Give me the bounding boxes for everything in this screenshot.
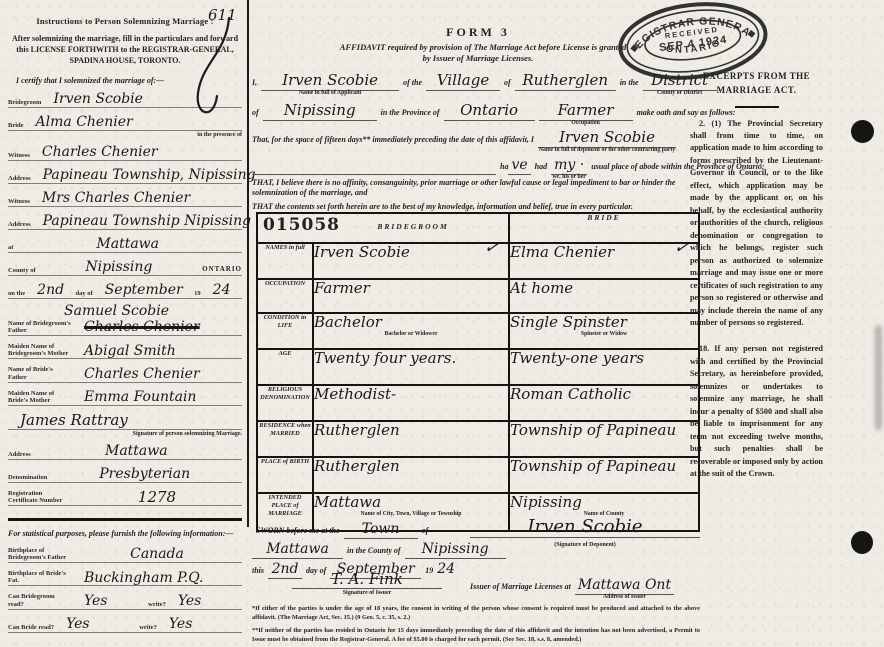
handwritten-value: Yes — [166, 594, 242, 609]
table-row-birthplace: PLACE of BIRTH Rutherglen Township of Pa… — [257, 457, 699, 493]
row-label: OCCUPATION — [257, 279, 313, 313]
excerpts-panel: EXCERPTS FROM THE MARRIAGE ACT. 2. (1) T… — [690, 70, 823, 481]
handwritten-value: Twenty-one years — [510, 349, 644, 367]
that-clause-3: THAT the contents set forth herein are t… — [252, 202, 704, 212]
blank-place: Mattawa — [252, 540, 343, 559]
handwritten-value: Nipissing — [510, 493, 582, 511]
issuer-signature: T. A. Fink — [292, 572, 442, 589]
punch-hole-top — [851, 120, 874, 143]
handwritten-value: Rutherglen — [314, 421, 400, 439]
statistics-title: For statistical purposes, please furnish… — [8, 529, 242, 539]
blank-sub-label: Address of Issuer — [565, 594, 684, 601]
handwritten-value: Elma Chenier — [510, 243, 614, 261]
cell-bride: ✓Elma Chenier — [509, 243, 699, 279]
row-label: NAMES in full — [257, 243, 313, 279]
handwritten-value: 1278 — [72, 490, 242, 506]
field-label: Can Bridegroom read? — [8, 593, 72, 608]
cell-bride: Twenty-one years — [509, 349, 699, 385]
field-label: Registration Certificate Number — [8, 490, 72, 505]
cell-sub-label: Bachelor or Widower — [314, 332, 508, 338]
field-county: County of Nipissing ONTARIO — [8, 260, 242, 276]
table-header-row: 015058 BRIDEGROOM BRIDE — [257, 213, 699, 243]
table-row-age: AGE Twenty four years. Twenty-one years — [257, 349, 699, 385]
handwritten-value: Yes — [72, 594, 148, 609]
handwritten-struck-value: Charles Chenier — [72, 320, 242, 335]
cell-sub-label: Spinster or Widow — [510, 332, 698, 338]
field-denomination: Denomination Presbyterian — [8, 467, 242, 483]
print-text: Issuer of Marriage Licenses at — [470, 582, 571, 591]
sub-label: in the presence of — [8, 132, 242, 138]
field-registration-number: Registration Certificate Number 1278 — [8, 490, 242, 507]
affidavit-form: FORM 3 AFFIDAVIT required by provision o… — [252, 26, 704, 647]
handwritten-value: Township of Papineau — [510, 457, 676, 475]
field-bride-father: Name of Bride's Father Charles Chenier — [8, 366, 242, 382]
handwritten-day: 2nd — [25, 283, 75, 298]
field-label: Name of Bride's Father — [8, 366, 72, 381]
cell-sub-label: Name of City, Town, Village or Township — [314, 512, 508, 518]
field-label: on the — [8, 290, 25, 298]
pen-stroke-icon — [186, 8, 246, 128]
handwritten-value: my · — [554, 157, 584, 173]
column-divider — [247, 0, 249, 527]
margin-note: 611 — [208, 8, 237, 24]
handwritten-value: Farmer — [314, 279, 370, 297]
blank-sub-label: Occupation — [529, 120, 643, 127]
field-birthplace-bride-father: Birthplace of Bride's Fat. Buckingham P.… — [8, 570, 242, 586]
row-label: RESIDENCE when MARRIED — [257, 421, 313, 457]
field-solemnizer-signature: James Rattray — [8, 413, 242, 430]
that-clause-1: That, for the space of fifteen days** im… — [252, 129, 676, 148]
handwritten-value: Mattawa — [31, 444, 242, 459]
scan-smudge — [875, 325, 882, 430]
handwritten-value: Nipissing — [36, 260, 202, 275]
field-witness-1: Witness Charles Chenier — [8, 145, 242, 161]
blank-province: Ontario — [444, 102, 535, 121]
handwritten-value: Yes — [157, 617, 242, 632]
print-text: of — [504, 78, 511, 87]
handwritten-correction: Samuel Scobie — [64, 304, 242, 319]
handwritten-value: Papineau Township Nipissing — [31, 214, 251, 229]
print-text: had — [535, 162, 547, 171]
blank-sub-label: Name in full of Applicant — [251, 90, 409, 97]
blank-place: Rutherglen — [515, 72, 616, 91]
field-bridegroom-father: Name of Bridegroom's Father Charles Chen… — [8, 320, 242, 336]
table-header-bridegroom: 015058 BRIDEGROOM — [257, 213, 509, 243]
handwritten-value: Single Spinster — [510, 313, 627, 331]
field-label: Maiden Name of Bride's Mother — [8, 390, 72, 405]
handwritten-value: Yes — [54, 617, 139, 632]
blank-place-type: Village — [426, 72, 500, 91]
cell-bridegroom: BachelorBachelor or Widower — [313, 313, 509, 349]
handwritten-value: Irven Scobie — [314, 243, 410, 261]
handwritten-month: September — [93, 283, 194, 298]
title-rule — [735, 106, 779, 108]
cell-bridegroom: Rutherglen — [313, 421, 509, 457]
cell-bride: Roman Catholic — [509, 385, 699, 421]
sworn-section: SWORN before me at the Town of Mattawa i… — [252, 520, 704, 600]
print-text: in the Province of — [381, 108, 440, 117]
handwritten-value: Emma Fountain — [72, 390, 242, 405]
handwritten-value: Charles Chenier — [30, 145, 242, 160]
table-row-religion: RELIGIOUS DENOMINATION Methodist- Roman … — [257, 385, 699, 421]
handwritten-value: Town — [362, 521, 400, 537]
handwritten-value: Mrs Charles Chenier — [30, 191, 242, 206]
field-address-1: Address Papineau Township, Nipissing — [8, 168, 242, 184]
field-witness-2: Witness Mrs Charles Chenier — [8, 191, 242, 207]
blank-applicant-name: Irven ScobieName in full of Applicant — [261, 72, 399, 91]
abode-line: have had my ·we, his or her usual place … — [252, 156, 765, 175]
sworn-line-1: SWORN before me at the Town of — [256, 520, 428, 539]
field-label: Denomination — [8, 474, 47, 482]
sworn-line-2: Mattawa in the County of Nipissing — [252, 540, 506, 559]
footnotes: *If either of the parties is under the a… — [252, 604, 700, 647]
pen-check-icon: ✓ — [672, 239, 689, 259]
print-text: That, for the space of fifteen days** im… — [252, 135, 534, 144]
blank-occupation: FarmerOccupation — [539, 102, 633, 121]
field-address-2: Address Papineau Township Nipissing — [8, 214, 242, 230]
handwritten-value: Mattawa — [314, 493, 381, 511]
blank-issuer-address: Mattawa OntAddress of Issuer — [575, 576, 674, 595]
print-text: in the County of — [347, 546, 401, 555]
handwritten-value: Papineau Township, Nipissing — [31, 168, 256, 183]
field-label: Name of Bridegroom's Father — [8, 320, 72, 335]
license-serial-number: 015058 — [263, 217, 340, 234]
handwritten-value: Mattawa Ont — [578, 577, 671, 593]
field-bridegroom-mother: Maiden Name of Bridegroom's Mother Abiga… — [8, 343, 242, 359]
table-row-residence: RESIDENCE when MARRIED Rutherglen Townsh… — [257, 421, 699, 457]
cell-bride: Township of Papineau — [509, 421, 699, 457]
handwritten-value: Township of Papineau — [510, 421, 676, 439]
handwritten-value: Charles Chenier — [72, 367, 242, 382]
punch-hole-bottom — [851, 531, 873, 554]
blank-my: my ·we, his or her — [551, 156, 587, 175]
print-text: of the — [403, 78, 422, 87]
cell-bridegroom: Farmer — [313, 279, 509, 313]
blank-empty — [252, 156, 496, 175]
cell-bridegroom: Rutherglen — [313, 457, 509, 493]
blank-deponent-name: Irven ScobieName in full of deponent or … — [538, 129, 676, 148]
pen-check-icon: ✓ — [482, 239, 499, 259]
handwritten-value: Nipissing — [284, 101, 356, 119]
table-row-names: NAMES in full ✓Irven Scobie ✓Elma Chenie… — [257, 243, 699, 279]
table-header-bride: BRIDE — [509, 213, 699, 243]
field-label: Witness — [8, 198, 30, 206]
excerpt-paragraph-1: 2. (1) The Provincial Secretary shall fr… — [690, 118, 823, 330]
field-label: Witness — [8, 152, 30, 160]
deponent-signature: Irven Scobie — [470, 518, 700, 538]
handwritten-value: Canada — [72, 547, 242, 562]
row-label: CONDITION in LIFE — [257, 313, 313, 349]
cell-bridegroom: Twenty four years. — [313, 349, 509, 385]
field-label: Can Bride read? — [8, 624, 54, 632]
handwritten-year: 24 — [201, 283, 242, 298]
applicant-line-2: of Nipissing in the Province of Ontario … — [252, 102, 735, 121]
section-divider — [8, 518, 242, 521]
province-label: ONTARIO — [202, 266, 242, 275]
field-label: Birthplace of Bride's Fat. — [8, 570, 72, 585]
print-text: I, — [252, 78, 257, 87]
cell-bride: At home — [509, 279, 699, 313]
handwritten-value: ve — [511, 157, 527, 173]
issuer-signature-label: Signature of Issuer — [292, 590, 442, 596]
handwritten-value: Mattawa — [13, 237, 242, 252]
field-label: Address — [8, 175, 31, 183]
print-text: of — [422, 526, 429, 535]
blank-county: Nipissing — [263, 102, 377, 121]
field-birthplace-bridegroom-father: Birthplace of Bridegroom's Father Canada — [8, 547, 242, 563]
handwritten-value: Presbyterian — [47, 467, 242, 482]
handwritten-value: Rutherglen — [522, 71, 608, 89]
handwritten-value: Bachelor — [314, 313, 382, 331]
field-label: write? — [139, 624, 157, 632]
scanned-marriage-affidavit-document: { "icons": { "check": "✓" }, "stamp": { … — [0, 0, 884, 647]
print-text: this — [252, 566, 264, 575]
footnote-2: **If neither of the parties has resided … — [252, 626, 700, 644]
row-label: PLACE of BIRTH — [257, 457, 313, 493]
handwritten-value: Buckingham P.Q. — [72, 571, 242, 586]
handwritten-name: Irven Scobie — [559, 128, 655, 146]
handwritten-value: Mattawa — [266, 541, 329, 557]
sub-label: Signature of person solemnizing Marriage… — [8, 431, 242, 437]
field-label: Address — [8, 221, 31, 229]
field-label: Bride — [8, 122, 24, 130]
row-label: RELIGIOUS DENOMINATION — [257, 385, 313, 421]
handwritten-value: At home — [510, 279, 573, 297]
field-label: Bridegroom — [8, 99, 41, 107]
handwritten-name: Irven Scobie — [282, 71, 378, 89]
handwritten-value: Ontario — [460, 101, 518, 119]
affidavit-table: 015058 BRIDEGROOM BRIDE NAMES in full ✓I… — [256, 212, 700, 532]
field-label: County of — [8, 267, 36, 275]
field-bride-mother: Maiden Name of Bride's Mother Emma Fount… — [8, 390, 242, 406]
that-clause-2: THAT, I believe there is no affinity, co… — [252, 178, 704, 199]
cell-bride: Single SpinsterSpinster or Widow — [509, 313, 699, 349]
handwritten-value: Farmer — [558, 101, 614, 119]
row-label: AGE — [257, 349, 313, 385]
field-marriage-date: on the 2nd day of September 19 24 — [8, 283, 242, 299]
handwritten-value: Village — [437, 71, 489, 89]
blank-have: ve — [508, 156, 530, 175]
field-label: Maiden Name of Bridegroom's Mother — [8, 343, 72, 358]
print-text: ha — [500, 162, 508, 171]
footnote-1: *If either of the parties is under the a… — [252, 604, 700, 622]
field-label: day of — [76, 290, 93, 298]
cell-bridegroom: Methodist- — [313, 385, 509, 421]
excerpt-paragraph-2: 18. If any person not registered with an… — [690, 343, 823, 480]
blank-place-type: Town — [344, 520, 418, 539]
cell-bride: Township of Papineau — [509, 457, 699, 493]
field-address-3: Address Mattawa — [8, 444, 242, 460]
issuer-line: Issuer of Marriage Licenses at Mattawa O… — [470, 576, 674, 595]
field-bridegroom-literacy: Can Bridegroom read? Yes write? Yes — [8, 593, 242, 609]
excerpts-title-line2: MARRIAGE ACT. — [690, 84, 823, 98]
field-label: Birthplace of Bridegroom's Father — [8, 547, 72, 562]
handwritten-signature: James Rattray — [8, 413, 242, 429]
print-text: SWORN before me at the — [256, 526, 340, 535]
field-label: write? — [148, 601, 166, 609]
deponent-signature-label: (Signature of Deponent) — [470, 542, 700, 548]
blank-sub-label: Name in full of deponent or the other co… — [528, 147, 686, 154]
print-text: of — [252, 108, 259, 117]
table-row-occupation: OCCUPATION Farmer At home — [257, 279, 699, 313]
table-row-condition: CONDITION in LIFE BachelorBachelor or Wi… — [257, 313, 699, 349]
handwritten-value: Abigal Smith — [72, 344, 242, 359]
field-label: Address — [8, 451, 31, 459]
field-bride-literacy: Can Bride read? Yes write? Yes — [8, 617, 242, 633]
cell-bridegroom: ✓Irven Scobie — [313, 243, 509, 279]
handwritten-value: Twenty four years. — [314, 349, 456, 367]
field-at-place: at Mattawa — [8, 237, 242, 253]
handwritten-value: Methodist- — [314, 385, 396, 403]
handwritten-value: Rutherglen — [314, 457, 400, 475]
handwritten-value: Roman Catholic — [510, 385, 631, 403]
